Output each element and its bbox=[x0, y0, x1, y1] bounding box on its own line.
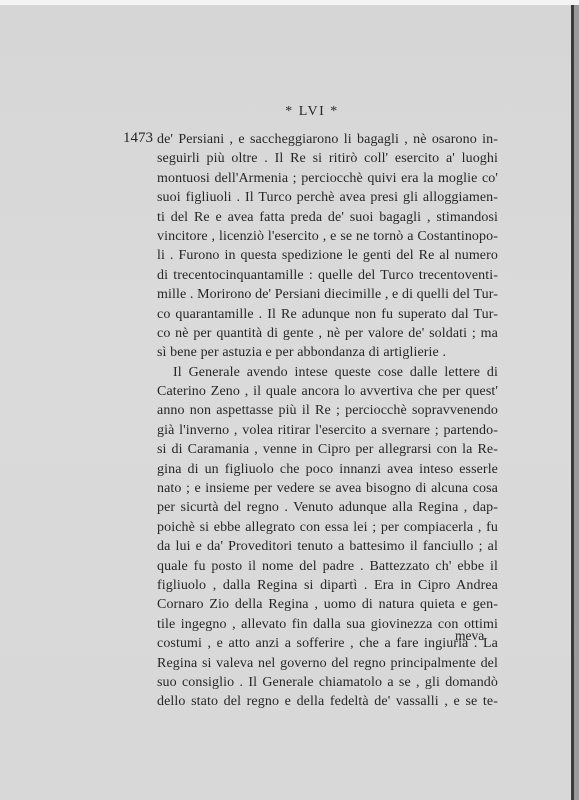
text-line: li . Furono in questa spedizione le gent… bbox=[157, 246, 498, 265]
text-line: suo consiglio . Il Generale chiamatolo a… bbox=[157, 673, 498, 692]
text-line: montuosi dell'Armenia ; perciocchè quivi… bbox=[157, 169, 498, 188]
text-line: per sicurtà del regno . Venuto adunque a… bbox=[157, 498, 498, 517]
text-line: Caterino Zeno , il quale ancora lo avver… bbox=[157, 382, 498, 401]
text-line: ti del Re e avea fatta preda de' suoi ba… bbox=[157, 208, 498, 227]
text-line: quale fu posto il nome del padre . Batte… bbox=[157, 557, 498, 576]
text-line: tile ingegno , allevato fin dalla sua gi… bbox=[157, 615, 498, 634]
margin-year-note: 1473 bbox=[123, 130, 153, 147]
text-line: co quarantamille . Il Re adunque non fu … bbox=[157, 305, 498, 324]
catchword: meva bbox=[455, 628, 484, 644]
text-line: anno non aspettasse più il Re ; perciocc… bbox=[157, 401, 498, 420]
paragraph-start-line: Il Generale avendo intese queste cose da… bbox=[157, 363, 498, 382]
text-line: seguirli più oltre . Il Re si ritirò col… bbox=[157, 149, 498, 168]
text-line: già l'inverno , volea ritirar l'esercito… bbox=[157, 421, 498, 440]
text-line: dello stato del regno e della fedeltà de… bbox=[157, 692, 498, 711]
text-line: figliuolo , dalla Regina si dipartì . Er… bbox=[157, 576, 498, 595]
text-line: di trecentocinquantamille : quelle del T… bbox=[157, 266, 498, 285]
text-line: de' Persiani , e saccheggiarono li bagag… bbox=[157, 130, 498, 149]
text-line: mille . Morirono de' Persiani diecimille… bbox=[157, 285, 498, 304]
text-line: vincitore , licenziò l'esercito , e se n… bbox=[157, 227, 498, 246]
text-line: Cornaro Zio della Regina , uomo di natur… bbox=[157, 595, 498, 614]
text-line: co nè per quantità di gente , nè per val… bbox=[157, 324, 498, 343]
text-line: poichè si ebbe allegrato con essa lei ; … bbox=[157, 518, 498, 537]
paragraph-end-line: sì bene per astuzia e per abbondanza di … bbox=[157, 343, 498, 362]
text-line: suoi figliuoli . Il Turco perchè avea pr… bbox=[157, 188, 498, 207]
text-line: si di Caramania , venne in Cipro per all… bbox=[157, 440, 498, 459]
text-line: nato ; e insieme per vedere se avea biso… bbox=[157, 479, 498, 498]
adjacent-page-edge bbox=[574, 5, 579, 800]
page-number-header: * LVI * bbox=[262, 104, 362, 120]
text-line: costumi , e atto anzi a sofferire , che … bbox=[157, 634, 498, 653]
body-text: de' Persiani , e saccheggiarono li bagag… bbox=[157, 130, 498, 712]
text-line: da lui e da' Proveditori tenuto a battes… bbox=[157, 537, 498, 556]
text-line: Regina si valeva nel governo del regno p… bbox=[157, 654, 498, 673]
text-line: gina di un figliuolo che poco innanzi av… bbox=[157, 460, 498, 479]
